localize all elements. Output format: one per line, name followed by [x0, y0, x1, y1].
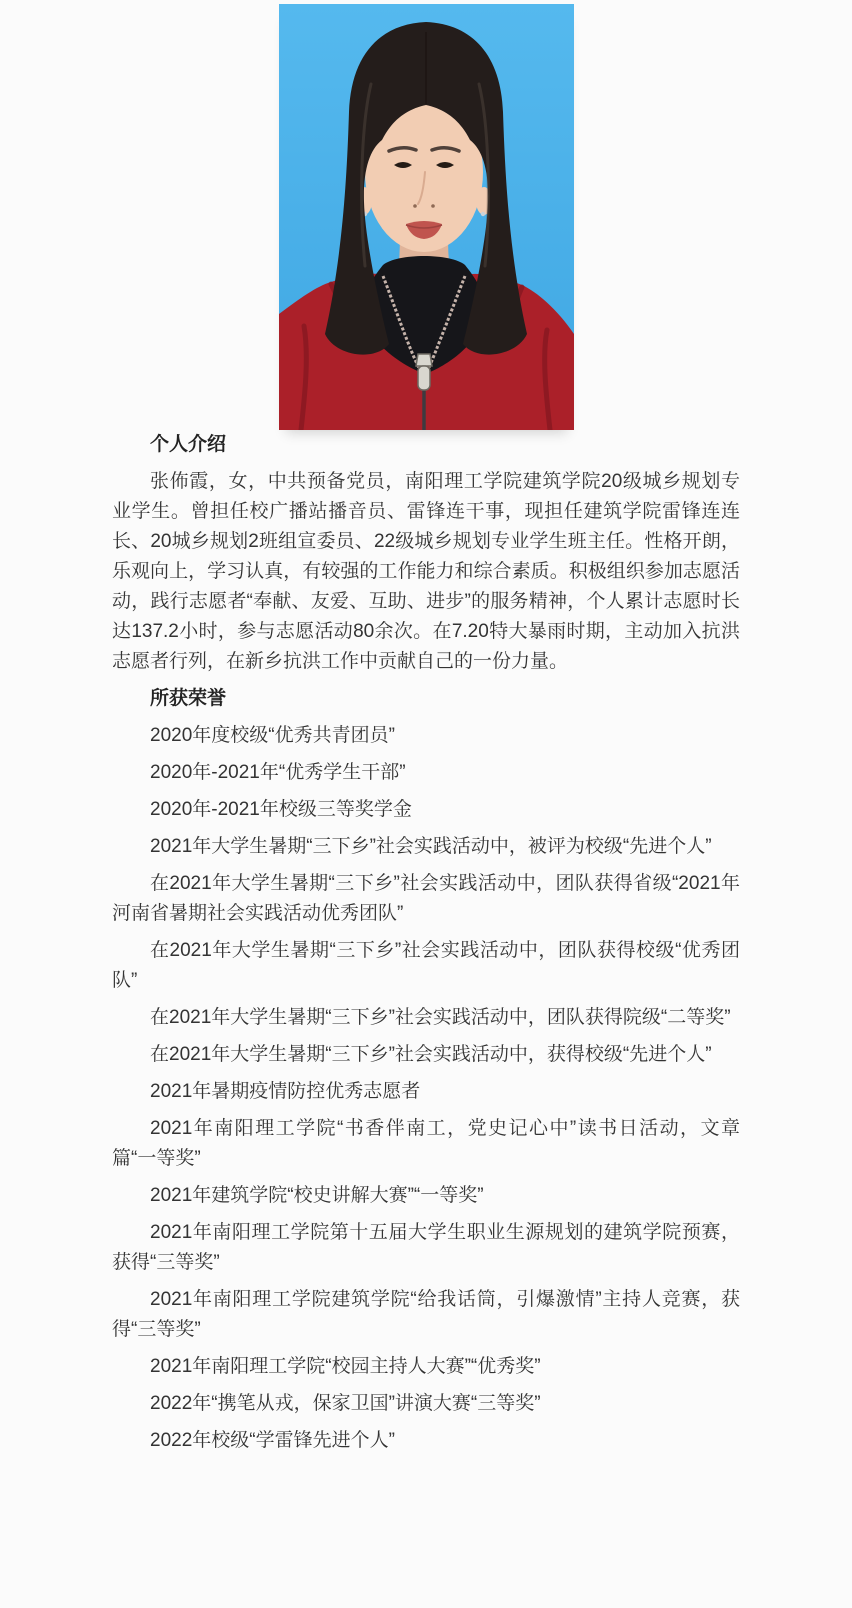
honor-item-14: 2021年南阳理工学院“校园主持人大赛”“优秀奖”	[112, 1352, 740, 1382]
honor-item-12: 2021年南阳理工学院第十五届大学生职业生源规划的建筑学院预赛，获得“三等奖”	[112, 1218, 740, 1278]
honor-item-13: 2021年南阳理工学院建筑学院“给我话筒，引爆激情”主持人竞赛，获得“三等奖”	[112, 1285, 740, 1345]
honor-item-16: 2022年校级“学雷锋先进个人”	[112, 1426, 740, 1456]
honor-item-5: 在2021年大学生暑期“三下乡”社会实践活动中，团队获得省级“2021年河南省暑…	[112, 869, 740, 929]
zipper-slider	[416, 354, 432, 366]
honors-heading: 所获荣誉	[112, 684, 740, 714]
honor-item-2: 2020年-2021年“优秀学生干部”	[112, 758, 740, 788]
honor-item-15: 2022年“携笔从戎，保家卫国”讲演大赛“三等奖”	[112, 1389, 740, 1419]
student-id-photo[interactable]	[279, 4, 574, 430]
zipper-pull-tab	[418, 366, 430, 390]
honor-item-10: 2021年南阳理工学院“书香伴南工，党史记心中”读书日活动，文章篇“一等奖”	[112, 1114, 740, 1174]
student-id-photo-graphic	[279, 4, 574, 430]
honor-item-4: 2021年大学生暑期“三下乡”社会实践活动中，被评为校级“先进个人”	[112, 832, 740, 862]
nostril-right	[431, 204, 435, 208]
nostril-left	[413, 204, 417, 208]
article-body: 个人介绍 张佈霞，女，中共预备党员，南阳理工学院建筑学院20级城乡规划专业学生。…	[112, 430, 740, 1456]
honor-item-7: 在2021年大学生暑期“三下乡”社会实践活动中，团队获得院级“二等奖”	[112, 1003, 740, 1033]
honor-item-3: 2020年-2021年校级三等奖学金	[112, 795, 740, 825]
earring-right	[480, 212, 484, 216]
article-page: 个人介绍 张佈霞，女，中共预备党员，南阳理工学院建筑学院20级城乡规划专业学生。…	[0, 0, 852, 1608]
honor-item-8: 在2021年大学生暑期“三下乡”社会实践活动中，获得校级“先进个人”	[112, 1040, 740, 1070]
honor-item-6: 在2021年大学生暑期“三下乡”社会实践活动中，团队获得校级“优秀团队”	[112, 936, 740, 996]
honor-item-1: 2020年度校级“优秀共青团员”	[112, 721, 740, 751]
honor-item-9: 2021年暑期疫情防控优秀志愿者	[112, 1077, 740, 1107]
intro-paragraph: 张佈霞，女，中共预备党员，南阳理工学院建筑学院20级城乡规划专业学生。曾担任校广…	[112, 467, 740, 677]
honor-item-11: 2021年建筑学院“校史讲解大赛”“一等奖”	[112, 1181, 740, 1211]
intro-heading: 个人介绍	[112, 430, 740, 460]
